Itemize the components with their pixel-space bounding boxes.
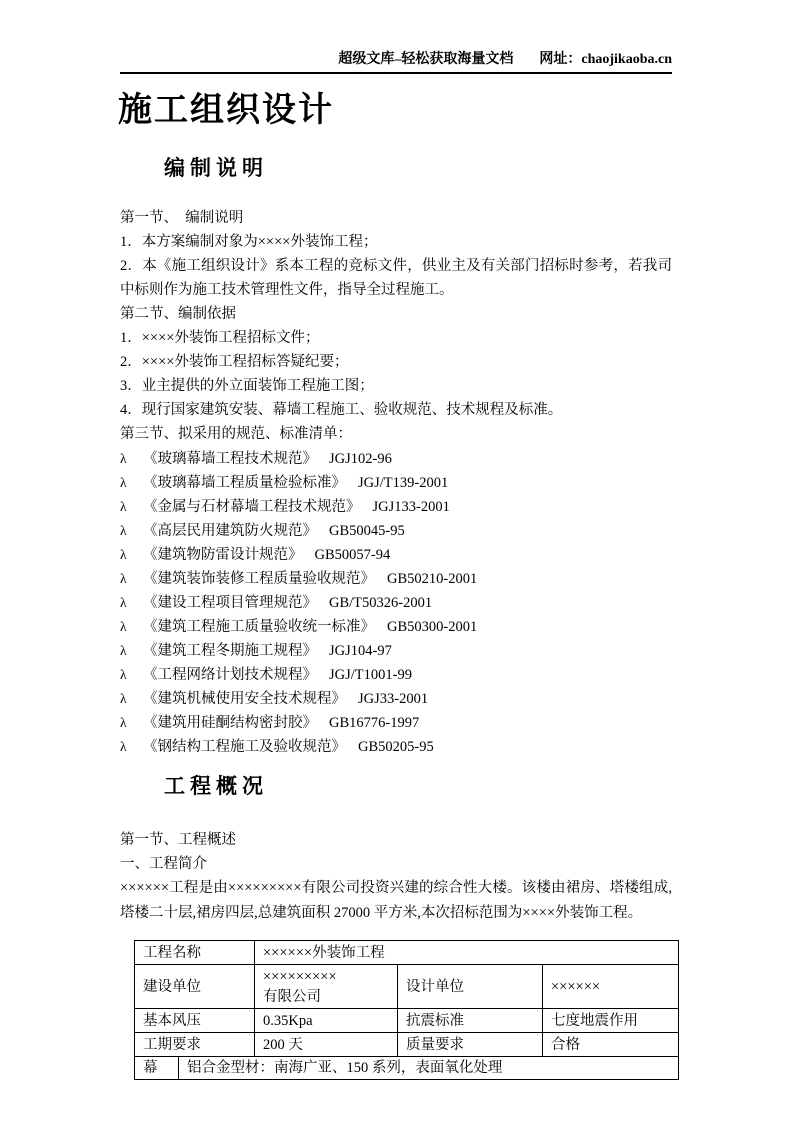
document-title: 施工组织设计 (118, 91, 672, 131)
table-row: 基本风压 0.35Kpa 抗震标准 七度地震作用 (135, 1009, 679, 1033)
lambda-bullet: λ (120, 591, 143, 614)
standard-item: λ《建筑机械使用安全技术规程》JGJ33-2001 (120, 687, 672, 711)
standard-code: JGJ/T139-2001 (358, 472, 448, 495)
lambda-bullet: λ (120, 519, 143, 542)
lambda-bullet: λ (120, 471, 143, 494)
standard-code: JGJ104-97 (329, 640, 392, 663)
standard-name: 《建筑装饰装修工程质量验收规范》 (143, 568, 375, 591)
cell-quality-value: 合格 (543, 1033, 679, 1057)
standard-item: λ《建筑工程冬期施工规程》JGJ104-97 (120, 639, 672, 663)
owner-value-line1: ××××××××× (263, 967, 389, 987)
table-row: 工期要求 200 天 质量要求 合格 (135, 1033, 679, 1057)
section-two-body: 第一节、工程概述 一、工程简介 ××××××工程是由×××××××××有限公司投… (120, 828, 672, 926)
project-intro-paragraph: ××××××工程是由×××××××××有限公司投资兴建的综合性大楼。该楼由裙房、… (120, 876, 672, 926)
standard-name: 《建筑工程施工质量验收统一标准》 (143, 616, 375, 639)
cell-project-name-value: ××××××外装饰工程 (255, 941, 679, 965)
standard-code: GB50205-95 (358, 736, 434, 759)
section-heading-project-overview: 工程概况 (164, 773, 672, 800)
body-line: 2．××××外装饰工程招标答疑纪要； (120, 350, 672, 374)
standard-item: λ《金属与石材幕墙工程技术规范》JGJ133-2001 (120, 495, 672, 519)
standard-code: JGJ33-2001 (358, 688, 428, 711)
table-row: 工程名称 ××××××外装饰工程 (135, 941, 679, 965)
standard-name: 《建设工程项目管理规范》 (143, 592, 317, 615)
section-heading-preparation-notes: 编制说明 (164, 155, 672, 182)
section-one-body: 第一节、 编制说明 1．本方案编制对象为××××外装饰工程； 2．本《施工组织设… (120, 206, 672, 446)
cell-seismic-label: 抗震标准 (398, 1009, 543, 1033)
standard-code: JGJ102-96 (329, 448, 392, 471)
standard-name: 《玻璃幕墙工程质量检验标准》 (143, 472, 346, 495)
standards-list: λ《玻璃幕墙工程技术规范》JGJ102-96 λ《玻璃幕墙工程质量检验标准》JG… (120, 447, 672, 759)
standard-item: λ《建设工程项目管理规范》GB/T50326-2001 (120, 591, 672, 615)
cell-project-name-label: 工程名称 (135, 941, 255, 965)
cell-seismic-value: 七度地震作用 (543, 1009, 679, 1033)
body-line: 一、工程简介 (120, 852, 672, 876)
owner-value-line2: 有限公司 (263, 987, 389, 1007)
standard-item: λ《高层民用建筑防火规范》GB50045-95 (120, 519, 672, 543)
body-line: 1．××××外装饰工程招标文件； (120, 326, 672, 350)
lambda-bullet: λ (120, 495, 143, 518)
standard-item: λ《玻璃幕墙工程质量检验标准》JGJ/T139-2001 (120, 471, 672, 495)
standard-item: λ《建筑装饰装修工程质量验收规范》GB50210-2001 (120, 567, 672, 591)
standard-name: 《工程网络计划技术规程》 (143, 664, 317, 687)
standard-code: GB50210-2001 (387, 568, 477, 591)
standard-item: λ《建筑工程施工质量验收统一标准》GB50300-2001 (120, 615, 672, 639)
lambda-bullet: λ (120, 615, 143, 638)
standard-item: λ《工程网络计划技术规程》JGJ/T1001-99 (120, 663, 672, 687)
standard-item: λ《建筑物防雷设计规范》GB50057-94 (120, 543, 672, 567)
lambda-bullet: λ (120, 687, 143, 710)
standard-item: λ《钢结构工程施工及验收规范》GB50205-95 (120, 735, 672, 759)
header-site-label: 超级文库–轻松获取海量文档 (338, 52, 513, 67)
header-url-label: 网址：chaojikaoba.cn (539, 52, 672, 67)
lambda-bullet: λ (120, 447, 143, 470)
cell-owner-label: 建设单位 (135, 965, 255, 1009)
document-page: 超级文库–轻松获取海量文档网址：chaojikaoba.cn 施工组织设计 编制… (0, 0, 793, 1122)
table-row: 建设单位 ××××××××× 有限公司 设计单位 ×××××× (135, 965, 679, 1009)
project-info-table: 工程名称 ××××××外装饰工程 建设单位 ××××××××× 有限公司 设计单… (134, 940, 679, 1080)
standard-item: λ《玻璃幕墙工程技术规范》JGJ102-96 (120, 447, 672, 471)
cell-wind-pressure-value: 0.35Kpa (255, 1009, 398, 1033)
cell-duration-label: 工期要求 (135, 1033, 255, 1057)
page-header: 超级文库–轻松获取海量文档网址：chaojikaoba.cn (120, 52, 672, 74)
standard-name: 《钢结构工程施工及验收规范》 (143, 736, 346, 759)
cell-owner-value: ××××××××× 有限公司 (255, 965, 398, 1009)
standard-name: 《建筑物防雷设计规范》 (143, 544, 303, 567)
cell-quality-label: 质量要求 (398, 1033, 543, 1057)
body-line: 4．现行国家建筑安装、幕墙工程施工、验收规范、技术规程及标准。 (120, 398, 672, 422)
body-line: 2．本《施工组织设计》系本工程的竞标文件，供业主及有关部门招标时参考，若我司中标… (120, 254, 672, 302)
body-line: 第三节、拟采用的规范、标准清单： (120, 422, 672, 446)
body-line: 3．业主提供的外立面装饰工程施工图； (120, 374, 672, 398)
lambda-bullet: λ (120, 711, 143, 734)
cell-wind-pressure-label: 基本风压 (135, 1009, 255, 1033)
lambda-bullet: λ (120, 663, 143, 686)
standard-name: 《金属与石材幕墙工程技术规范》 (143, 496, 361, 519)
standard-code: GB50300-2001 (387, 616, 477, 639)
body-line: 第一节、 编制说明 (120, 206, 672, 230)
cell-designer-value: ×××××× (543, 965, 679, 1009)
standard-code: JGJ133-2001 (373, 496, 450, 519)
cell-designer-label: 设计单位 (398, 965, 543, 1009)
standard-code: GB50057-94 (315, 544, 391, 567)
standard-code: JGJ/T1001-99 (329, 664, 412, 687)
body-line: 第二节、编制依据 (120, 302, 672, 326)
cell-duration-value: 200 天 (255, 1033, 398, 1057)
body-line: 第一节、工程概述 (120, 828, 672, 852)
lambda-bullet: λ (120, 639, 143, 662)
table-row: 幕 铝合金型材：南海广亚、150 系列，表面氧化处理 (135, 1057, 679, 1080)
lambda-bullet: λ (120, 735, 143, 758)
standard-name: 《建筑用硅酮结构密封胶》 (143, 712, 317, 735)
standard-name: 《建筑机械使用安全技术规程》 (143, 688, 346, 711)
standard-name: 《玻璃幕墙工程技术规范》 (143, 448, 317, 471)
cell-curtain-label: 幕 (135, 1057, 179, 1080)
standard-name: 《建筑工程冬期施工规程》 (143, 640, 317, 663)
standard-name: 《高层民用建筑防火规范》 (143, 520, 317, 543)
standard-code: GB16776-1997 (329, 712, 419, 735)
standard-code: GB50045-95 (329, 520, 405, 543)
lambda-bullet: λ (120, 567, 143, 590)
lambda-bullet: λ (120, 543, 143, 566)
body-line: 1．本方案编制对象为××××外装饰工程； (120, 230, 672, 254)
standard-code: GB/T50326-2001 (329, 592, 432, 615)
standard-item: λ《建筑用硅酮结构密封胶》GB16776-1997 (120, 711, 672, 735)
cell-curtain-value: 铝合金型材：南海广亚、150 系列，表面氧化处理 (179, 1057, 679, 1080)
